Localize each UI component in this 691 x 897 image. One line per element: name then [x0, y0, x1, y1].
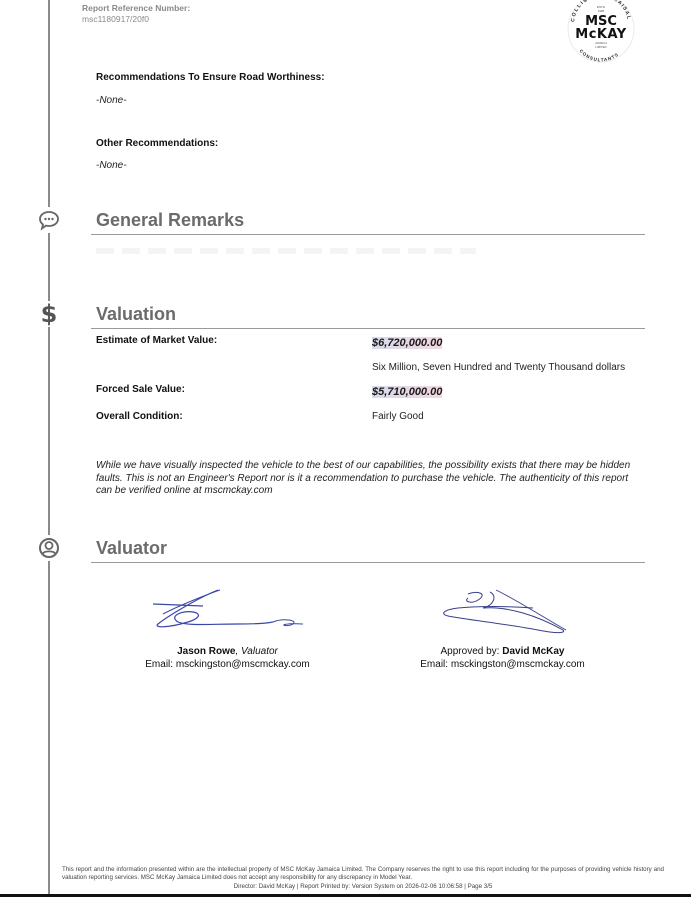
overall-condition-value: Fairly Good	[372, 411, 424, 422]
valuator-role: , Valuator	[235, 646, 277, 657]
forced-sale-label: Forced Sale Value:	[96, 384, 185, 395]
valuator-name: Jason Rowe	[177, 646, 235, 657]
road-worthiness-heading: Recommendations To Ensure Road Worthines…	[96, 72, 325, 83]
approver-signature-block: Approved by: David McKay Email: msckings…	[395, 646, 610, 671]
user-icon	[36, 535, 62, 561]
approver-name: David McKay	[502, 646, 564, 657]
valuation-title: Valuation	[96, 304, 176, 325]
forced-sale-value: $5,710,000.00	[372, 386, 442, 398]
market-value: $6,720,000.00	[372, 337, 442, 349]
general-remarks-divider	[91, 234, 645, 235]
market-value-words: Six Million, Seven Hundred and Twenty Th…	[372, 362, 625, 373]
general-remarks-faint-text	[96, 248, 476, 254]
speech-bubble-icon	[36, 207, 62, 233]
msc-mckay-logo: COLLISION RAISAL ESTD 1985 MSC McKAY JAM…	[560, 0, 642, 64]
approver-prefix: Approved by:	[441, 646, 503, 657]
market-value-label: Estimate of Market Value:	[96, 335, 217, 346]
svg-text:LIMITED: LIMITED	[595, 45, 606, 49]
valuator-email: Email: msckingston@mscmckay.com	[120, 659, 335, 672]
approver-signature	[438, 586, 570, 636]
svg-text:1985: 1985	[598, 9, 605, 13]
svg-text:CONSULTANTS: CONSULTANTS	[578, 48, 619, 62]
valuator-divider	[91, 562, 645, 563]
valuator-name-line: Jason Rowe, Valuator	[120, 646, 335, 659]
other-recommendations-value: -None-	[96, 160, 127, 171]
report-reference-number: msc1180917/20f0	[82, 14, 149, 24]
road-worthiness-value: -None-	[96, 95, 127, 106]
valuation-divider	[91, 328, 645, 329]
overall-condition-label: Overall Condition:	[96, 411, 183, 422]
timeline-line	[48, 0, 50, 897]
svg-text:McKAY: McKAY	[575, 27, 627, 42]
general-remarks-title: General Remarks	[96, 210, 244, 231]
other-recommendations-heading: Other Recommendations:	[96, 138, 218, 149]
valuator-signature	[148, 586, 308, 634]
disclaimer-text: While we have visually inspected the veh…	[96, 460, 636, 498]
report-reference-label: Report Reference Number:	[82, 3, 190, 13]
dollar-icon: $	[36, 301, 62, 327]
footer-printed-info: Director: David McKay | Report Printed b…	[62, 883, 664, 890]
footer-legal-text: This report and the information presente…	[62, 866, 664, 883]
valuator-signature-block: Jason Rowe, Valuator Email: msckingston@…	[120, 646, 335, 671]
approver-email: Email: msckingston@mscmckay.com	[395, 659, 610, 672]
approver-name-line: Approved by: David McKay	[395, 646, 610, 659]
valuator-title: Valuator	[96, 538, 167, 559]
